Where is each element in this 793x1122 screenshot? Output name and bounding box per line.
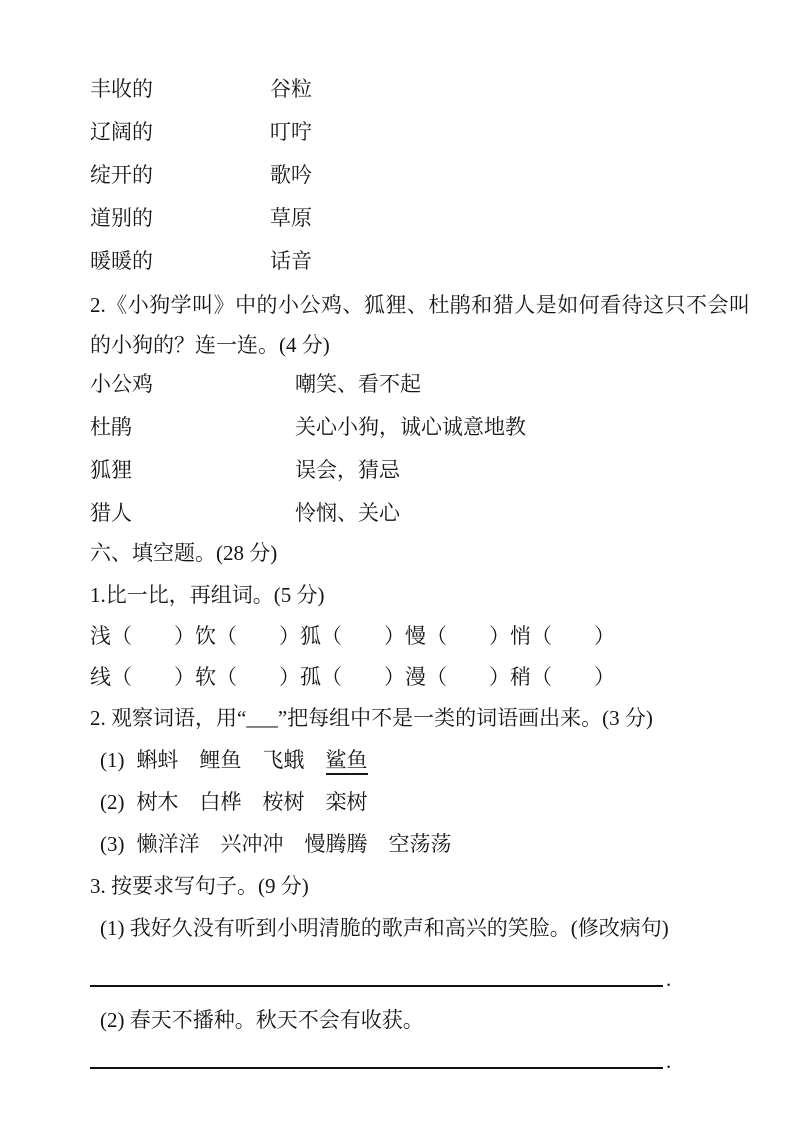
match-row: 道别的 草原 [90,197,312,240]
match-right-term: 嘲笑、看不起 [295,363,421,406]
match-left-term: 辽阔的 [90,111,270,154]
match-right-term: 怜悯、关心 [295,492,400,535]
blank-rule-line [90,958,663,987]
answer-blank-line-1: . [90,958,671,987]
match-left-term: 猎人 [90,492,295,535]
match-row: 狐狸 误会，猜忌 [90,449,526,492]
blank-rule-line [90,1040,663,1069]
matching-exercise-characters: 小公鸡 嘲笑、看不起 杜鹃 关心小狗，诚心诚意地教 狐狸 误会，猜忌 猎人 怜悯… [90,363,526,535]
match-row: 丰收的 谷粒 [90,68,312,111]
word-list: 懒洋洋 兴冲冲 慢腾腾 空荡荡 [137,832,452,856]
match-left-term: 绽开的 [90,154,270,197]
match-right-term: 歌吟 [270,154,312,197]
question-2-prompt: 2.《小狗学叫》中的小公鸡、狐狸、杜鹃和猎人是如何看待这只不会叫的小狗的？连一连… [90,285,750,365]
test-paper-page: 丰收的 谷粒 辽阔的 叮咛 绽开的 歌吟 道别的 草原 暖暖的 话音 2.《小狗… [0,0,793,1122]
match-left-term: 道别的 [90,197,270,240]
word-group-item-2: (2)树木 白桦 桉树 栾树 [100,788,368,816]
word-list: 蝌蚪 鲤鱼 飞蛾 [137,748,305,772]
sentence-item-2: (2) 春天不播种。秋天不会有收获。 [100,1006,424,1034]
match-right-term: 话音 [270,240,312,283]
match-row: 猎人 怜悯、关心 [90,492,526,535]
match-left-term: 小公鸡 [90,363,295,406]
match-row: 绽开的 歌吟 [90,154,312,197]
match-right-term: 谷粒 [270,68,312,111]
match-left-term: 狐狸 [90,449,295,492]
match-right-term: 叮咛 [270,111,312,154]
word-list: 树木 白桦 桉树 栾树 [137,790,368,814]
match-row: 小公鸡 嘲笑、看不起 [90,363,526,406]
match-left-term: 丰收的 [90,68,270,111]
fill-q3-prompt: 3. 按要求写句子。(9 分) [90,872,309,900]
compare-words-row-2: 线（ ）软（ ）孤（ ）漫（ ）稍（ ） [90,663,615,691]
fill-q1-prompt: 1.比一比，再组词。(5 分) [90,581,325,609]
compare-words-row-1: 浅（ ）饮（ ）狐（ ）慢（ ）悄（ ） [90,622,615,650]
item-label: (2) [100,790,125,814]
fill-q2-prompt: 2. 观察词语，用“___”把每组中不是一类的词语画出来。(3 分) [90,704,653,732]
match-row: 杜鹃 关心小狗，诚心诚意地教 [90,406,526,449]
item-label: (1) [100,748,125,772]
match-row: 辽阔的 叮咛 [90,111,312,154]
match-left-term: 杜鹃 [90,406,295,449]
match-right-term: 误会，猜忌 [295,449,400,492]
section-6-title: 六、填空题。(28 分) [90,539,277,567]
match-row: 暖暖的 话音 [90,240,312,283]
match-left-term: 暖暖的 [90,240,270,283]
item-label: (3) [100,832,125,856]
answer-blank-line-2: . [90,1040,671,1069]
match-right-term: 草原 [270,197,312,240]
word-group-item-1: (1)蝌蚪 鲤鱼 飞蛾鲨鱼 [100,746,368,774]
underlined-word: 鲨鱼 [326,748,368,775]
sentence-item-1: (1) 我好久没有听到小明清脆的歌声和高兴的笑脸。(修改病句) [100,914,669,942]
matching-exercise-adjectives: 丰收的 谷粒 辽阔的 叮咛 绽开的 歌吟 道别的 草原 暖暖的 话音 [90,68,312,283]
match-right-term: 关心小狗，诚心诚意地教 [295,406,526,449]
word-group-item-3: (3)懒洋洋 兴冲冲 慢腾腾 空荡荡 [100,830,452,858]
